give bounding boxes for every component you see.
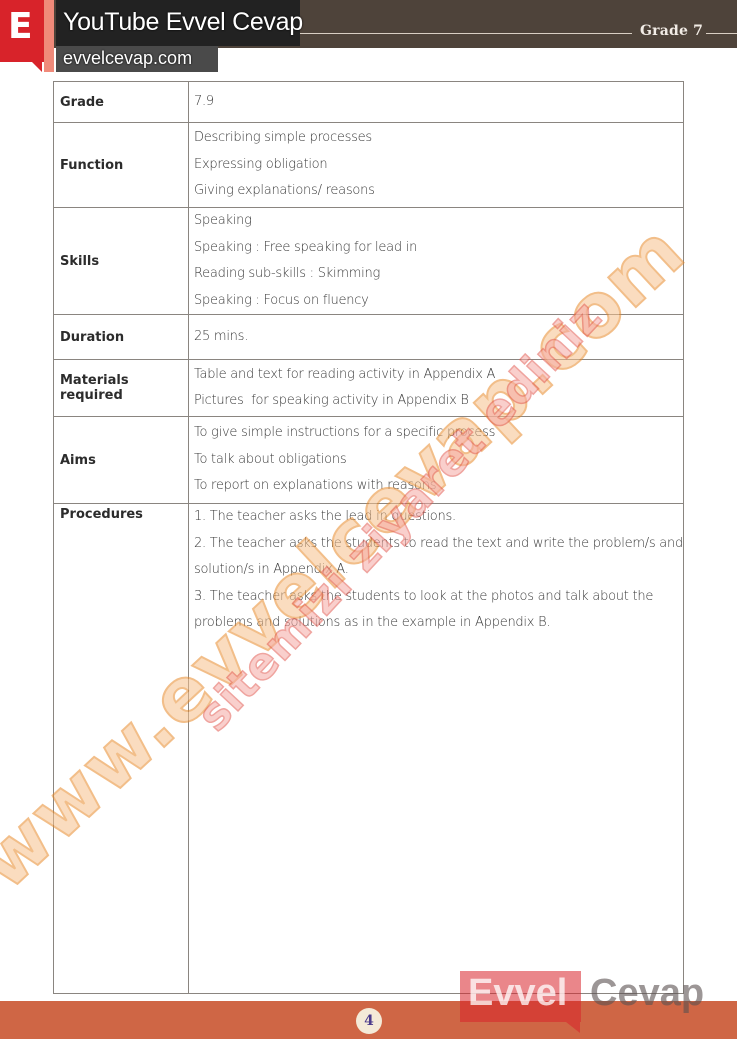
row-label: Duration: [54, 315, 189, 360]
value-line: Pictures for speaking activity in Append…: [194, 388, 683, 415]
row-label: Skills: [54, 208, 189, 315]
row-value: Describing simple processes Expressing o…: [188, 123, 683, 208]
procedure-step: 1. The teacher asks the lead in question…: [194, 504, 683, 531]
value-line: 25 mins.: [194, 324, 683, 351]
lesson-plan-table: Grade 7.9 Function Describing simple pro…: [53, 81, 684, 994]
row-value: 1. The teacher asks the lead in question…: [188, 504, 683, 994]
table-row-procedures: Procedures 1. The teacher asks the lead …: [54, 504, 684, 994]
procedure-step: solution/s in Appendix A.: [194, 557, 683, 584]
table-row-aims: Aims To give simple instructions for a s…: [54, 417, 684, 504]
logo-stripe: [44, 0, 54, 72]
row-label: Aims: [54, 417, 189, 504]
row-value: 7.9: [188, 82, 683, 123]
value-line: Speaking : Free speaking for lead in: [194, 235, 683, 262]
row-value: Table and text for reading activity in A…: [188, 360, 683, 417]
value-line: Table and text for reading activity in A…: [194, 362, 683, 389]
value-line: To talk about obligations: [194, 447, 683, 474]
brand-logo-cevap: Cevap: [590, 972, 704, 1015]
row-value: To give simple instructions for a specif…: [188, 417, 683, 504]
evvel-logo-icon[interactable]: E: [0, 0, 44, 62]
procedure-step: problems and solutions as in the example…: [194, 610, 683, 637]
value-line: To report on explanations with reasons: [194, 473, 683, 500]
logo-tail: [30, 60, 42, 72]
brand-logo-tail: [566, 1022, 580, 1033]
site-url-link[interactable]: evvelcevap.com: [63, 48, 192, 69]
row-label: Grade: [54, 82, 189, 123]
brand-logo-evvel: Evvel: [468, 972, 567, 1015]
value-line: Expressing obligation: [194, 152, 683, 179]
table-row-function: Function Describing simple processes Exp…: [54, 123, 684, 208]
value-line: 7.9: [194, 89, 683, 116]
grade-label: Grade 7: [640, 23, 703, 39]
row-value: 25 mins.: [188, 315, 683, 360]
value-line: Giving explanations/ reasons: [194, 178, 683, 205]
table-row-grade: Grade 7.9: [54, 82, 684, 123]
header-divider: [300, 33, 632, 34]
row-label: Function: [54, 123, 189, 208]
header-divider: [706, 33, 737, 34]
row-value: Speaking Speaking : Free speaking for le…: [188, 208, 683, 315]
value-line: Speaking: [194, 208, 683, 235]
procedure-step: 2. The teacher asks the students to read…: [194, 531, 683, 558]
logo-letter: E: [8, 6, 33, 47]
table-row-skills: Skills Speaking Speaking : Free speaking…: [54, 208, 684, 315]
table-row-duration: Duration 25 mins.: [54, 315, 684, 360]
procedure-step: 3. The teacher asks the students to look…: [194, 584, 683, 611]
value-line: To give simple instructions for a specif…: [194, 420, 683, 447]
table-row-materials: Materials required Table and text for re…: [54, 360, 684, 417]
channel-title[interactable]: YouTube Evvel Cevap: [63, 8, 303, 37]
page-number: 4: [356, 1008, 382, 1034]
row-label: Materials required: [54, 360, 189, 417]
value-line: Reading sub-skills : Skimming: [194, 261, 683, 288]
value-line: Speaking : Focus on fluency: [194, 288, 683, 315]
row-label: Procedures: [54, 504, 189, 994]
value-line: Describing simple processes: [194, 125, 683, 152]
